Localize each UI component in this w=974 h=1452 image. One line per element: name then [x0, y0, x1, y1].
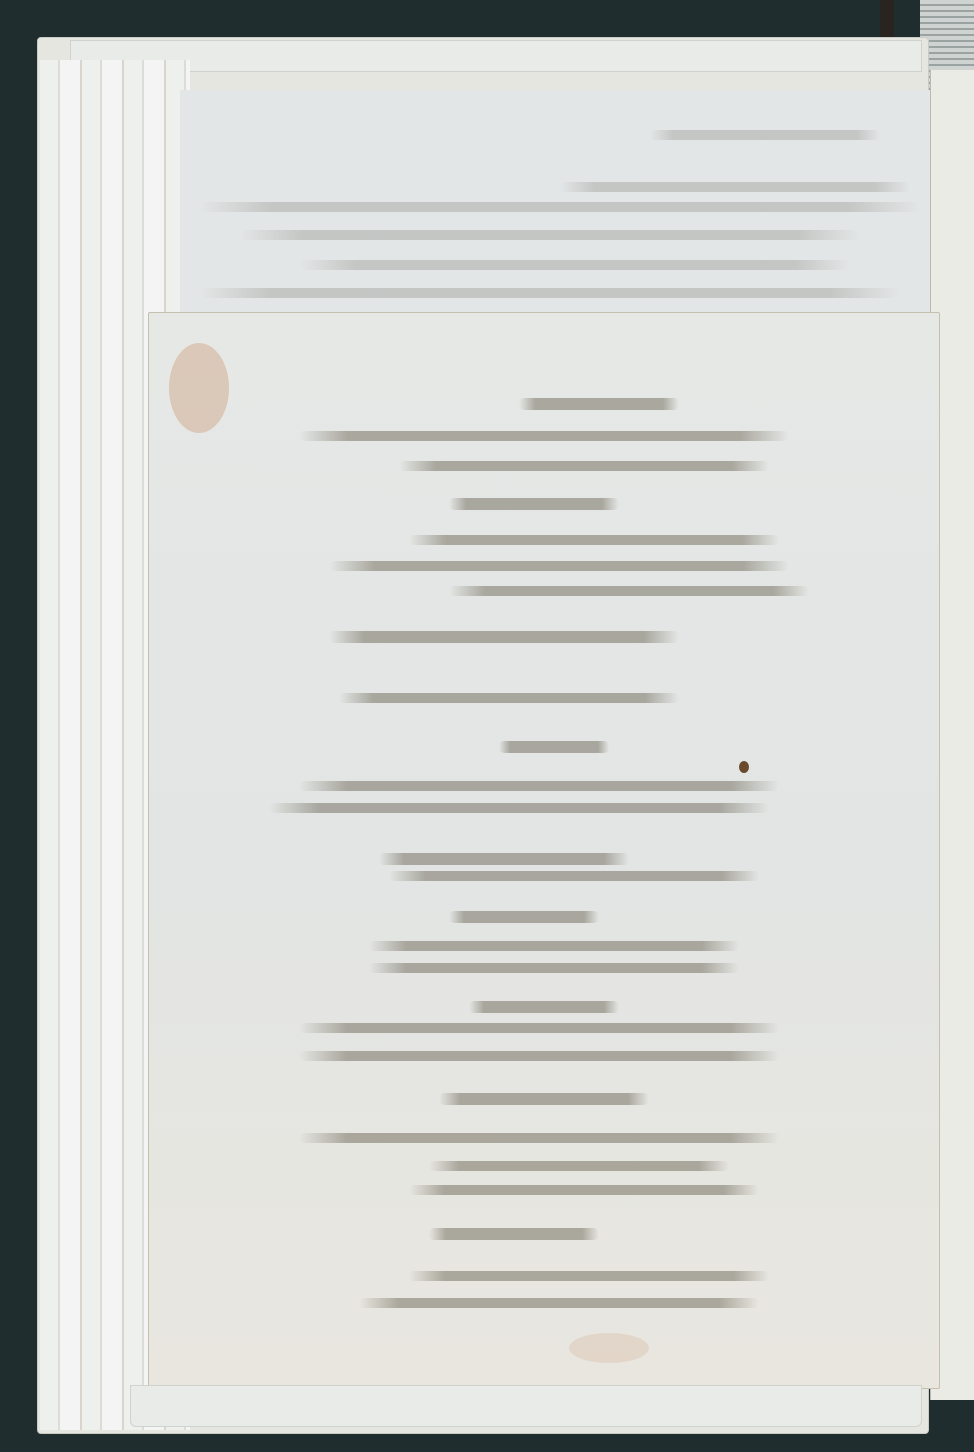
entry-line — [409, 1185, 759, 1195]
section-heading — [379, 853, 629, 865]
upper-partial-sheet: Upper partial sheet with faint mirrored … — [180, 90, 930, 332]
entry-line — [329, 561, 789, 571]
section-heading — [469, 1001, 619, 1013]
entry-line — [369, 963, 739, 973]
section-heading — [449, 498, 619, 510]
script-line — [200, 202, 920, 212]
script-line — [240, 230, 860, 240]
entry-line — [429, 1161, 729, 1171]
script-line — [200, 288, 900, 298]
entry-line — [299, 1133, 779, 1143]
entry-line — [299, 1051, 779, 1061]
entry-line — [389, 871, 759, 881]
section-heading — [519, 398, 679, 410]
foxing-stain — [169, 343, 229, 433]
entry-line — [369, 941, 739, 951]
ink-spot — [739, 761, 749, 773]
script-line — [560, 182, 910, 192]
section-heading — [449, 911, 599, 923]
entry-line — [299, 1023, 779, 1033]
entry-line — [409, 535, 779, 545]
entry-line — [339, 693, 679, 703]
main-manuscript-leaf: Main leaf with mirror-reversed list of e… — [148, 312, 940, 1389]
section-heading — [439, 1093, 649, 1105]
script-line — [300, 260, 850, 270]
entry-line — [299, 781, 779, 791]
entry-line — [299, 431, 789, 441]
top-page-edges — [70, 40, 922, 72]
section-heading — [429, 1228, 599, 1240]
entry-line — [409, 1271, 769, 1281]
entry-line — [269, 803, 769, 813]
script-line — [650, 130, 880, 140]
section-heading — [499, 741, 609, 753]
entry-line — [449, 586, 809, 596]
foxing-stain — [569, 1333, 649, 1363]
entry-line — [359, 1298, 759, 1308]
section-heading — [329, 631, 679, 643]
entry-line — [399, 461, 769, 471]
bottom-page-edges — [130, 1385, 922, 1427]
